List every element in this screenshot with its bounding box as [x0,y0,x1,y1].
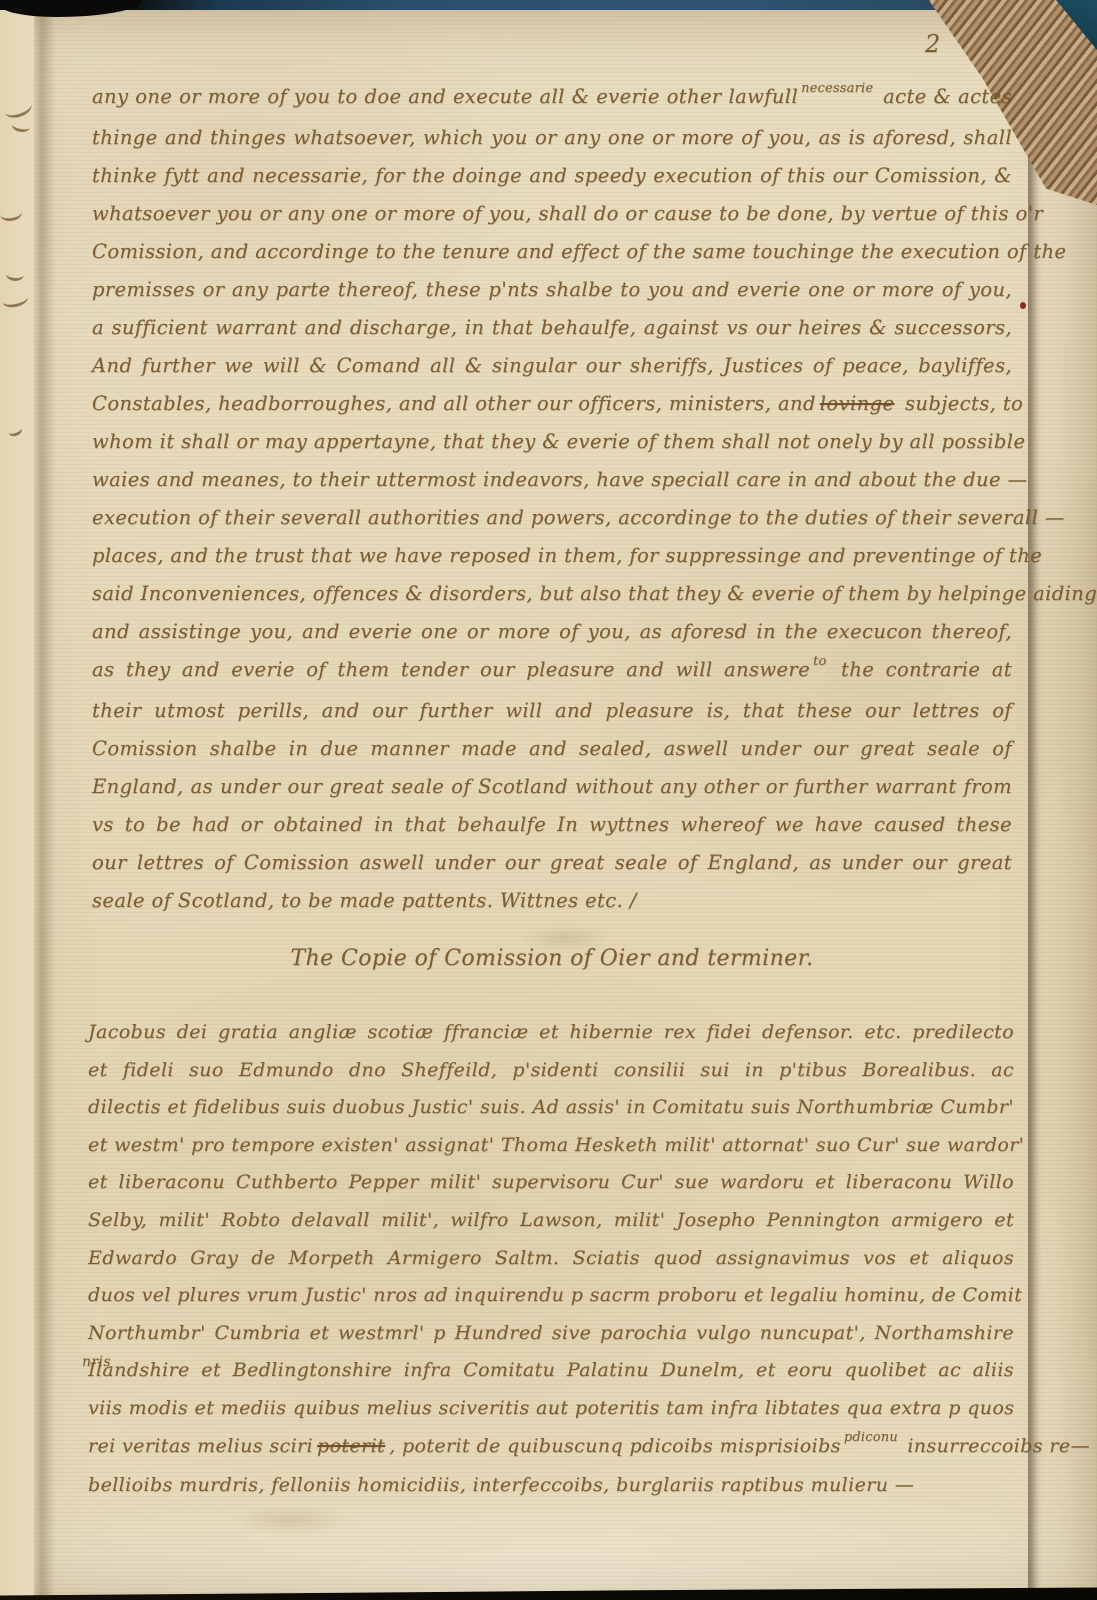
manuscript-line: whatsoever you or any one or more of you… [92,195,1012,233]
english-text-block: any one or more of you to doe and execut… [92,78,1012,920]
manuscript-line: our lettres of Comission aswell under ou… [92,844,1012,882]
manuscript-line: Comission shalbe in due manner made and … [92,730,1012,768]
manuscript-line: whom it shall or may appertayne, that th… [92,423,1012,461]
folio-number: 2 [925,30,941,58]
latin-text-block: Jacobus dei gratia angliæ scotiæ ffranci… [88,1014,1014,1505]
struck-word: poterit [317,1435,385,1457]
manuscript-photo: { "colors": { "paper": "#e6d9ba", "ink":… [0,0,1097,1600]
manuscript-line: Northumbr' Cumbria et westmrl' p Hundred… [88,1315,1014,1353]
manuscript-line: thinke fytt and necessarie, for the doin… [92,157,1012,195]
manuscript-line: Ilandshire et Bedlingtonshire infra Comi… [88,1352,1014,1390]
manuscript-line: bellioibs murdris, felloniis homicidiis,… [88,1467,1014,1505]
manuscript-line: premisses or any parte thereof, these p'… [92,271,1012,309]
interlinear-insertion: necessarie [801,70,873,108]
manuscript-line: thinge and thinges whatsoever, which you… [92,119,1012,157]
manuscript-line: et fideli suo Edmundo dno Sheffeild, p's… [88,1052,1014,1090]
manuscript-line: seale of Scotland, to be made pattents. … [92,882,1012,920]
manuscript-line: et westm' pro tempore existen' assignat'… [88,1127,1014,1165]
section-heading: The Copie of Comission of Oier and termi… [92,946,1012,971]
manuscript-line: execution of their severall authorities … [92,499,1012,537]
manuscript-line: England, as under our great seale of Sco… [92,768,1012,806]
manuscript-line: duos vel plures vrum Justic' nros ad inq… [88,1277,1014,1315]
manuscript-line: Comission, and accordinge to the tenure … [92,233,1012,271]
manuscript-line: vs to be had or obtained in that behaulf… [92,806,1012,844]
show-through-smudge [230,1505,350,1535]
binding-gutter [33,0,55,1600]
manuscript-line: And further we will & Comand all & singu… [92,347,1012,385]
manuscript-line: Jacobus dei gratia angliæ scotiæ ffranci… [88,1014,1014,1052]
manuscript-line: as they and everie of them tender our pl… [92,651,1012,692]
marginal-insertion: nris [82,1344,111,1382]
manuscript-line: rei veritas melius sciripoterit, poterit… [88,1428,1014,1468]
manuscript-line: places, and the trust that we have repos… [92,537,1012,575]
struck-word: lovinge [820,392,895,415]
manuscript-line: a sufficient warrant and discharge, in t… [92,309,1012,347]
manuscript-line: waies and meanes, to their uttermost ind… [92,461,1012,499]
manuscript-line: Edwardo Gray de Morpeth Armigero Saltm. … [88,1240,1014,1278]
manuscript-line: Selby, milit' Robto delavall milit', wil… [88,1202,1014,1240]
interlinear-insertion: to [813,643,826,681]
manuscript-line: Constables, headborroughes, and all othe… [92,385,1012,423]
facing-page-edge [0,0,34,1600]
manuscript-line: and assistinge you, and everie one or mo… [92,613,1012,651]
ink-spot [1020,302,1026,309]
manuscript-line: any one or more of you to doe and execut… [92,78,1012,119]
manuscript-line: said Inconveniences, offences & disorder… [92,575,1012,613]
manuscript-line: their utmost perills, and our further wi… [92,692,1012,730]
interlinear-insertion: pdiconu [844,1419,898,1457]
manuscript-line: et liberaconu Cuthberto Pepper milit' su… [88,1164,1014,1202]
manuscript-line: dilectis et fidelibus suis duobus Justic… [88,1089,1014,1127]
